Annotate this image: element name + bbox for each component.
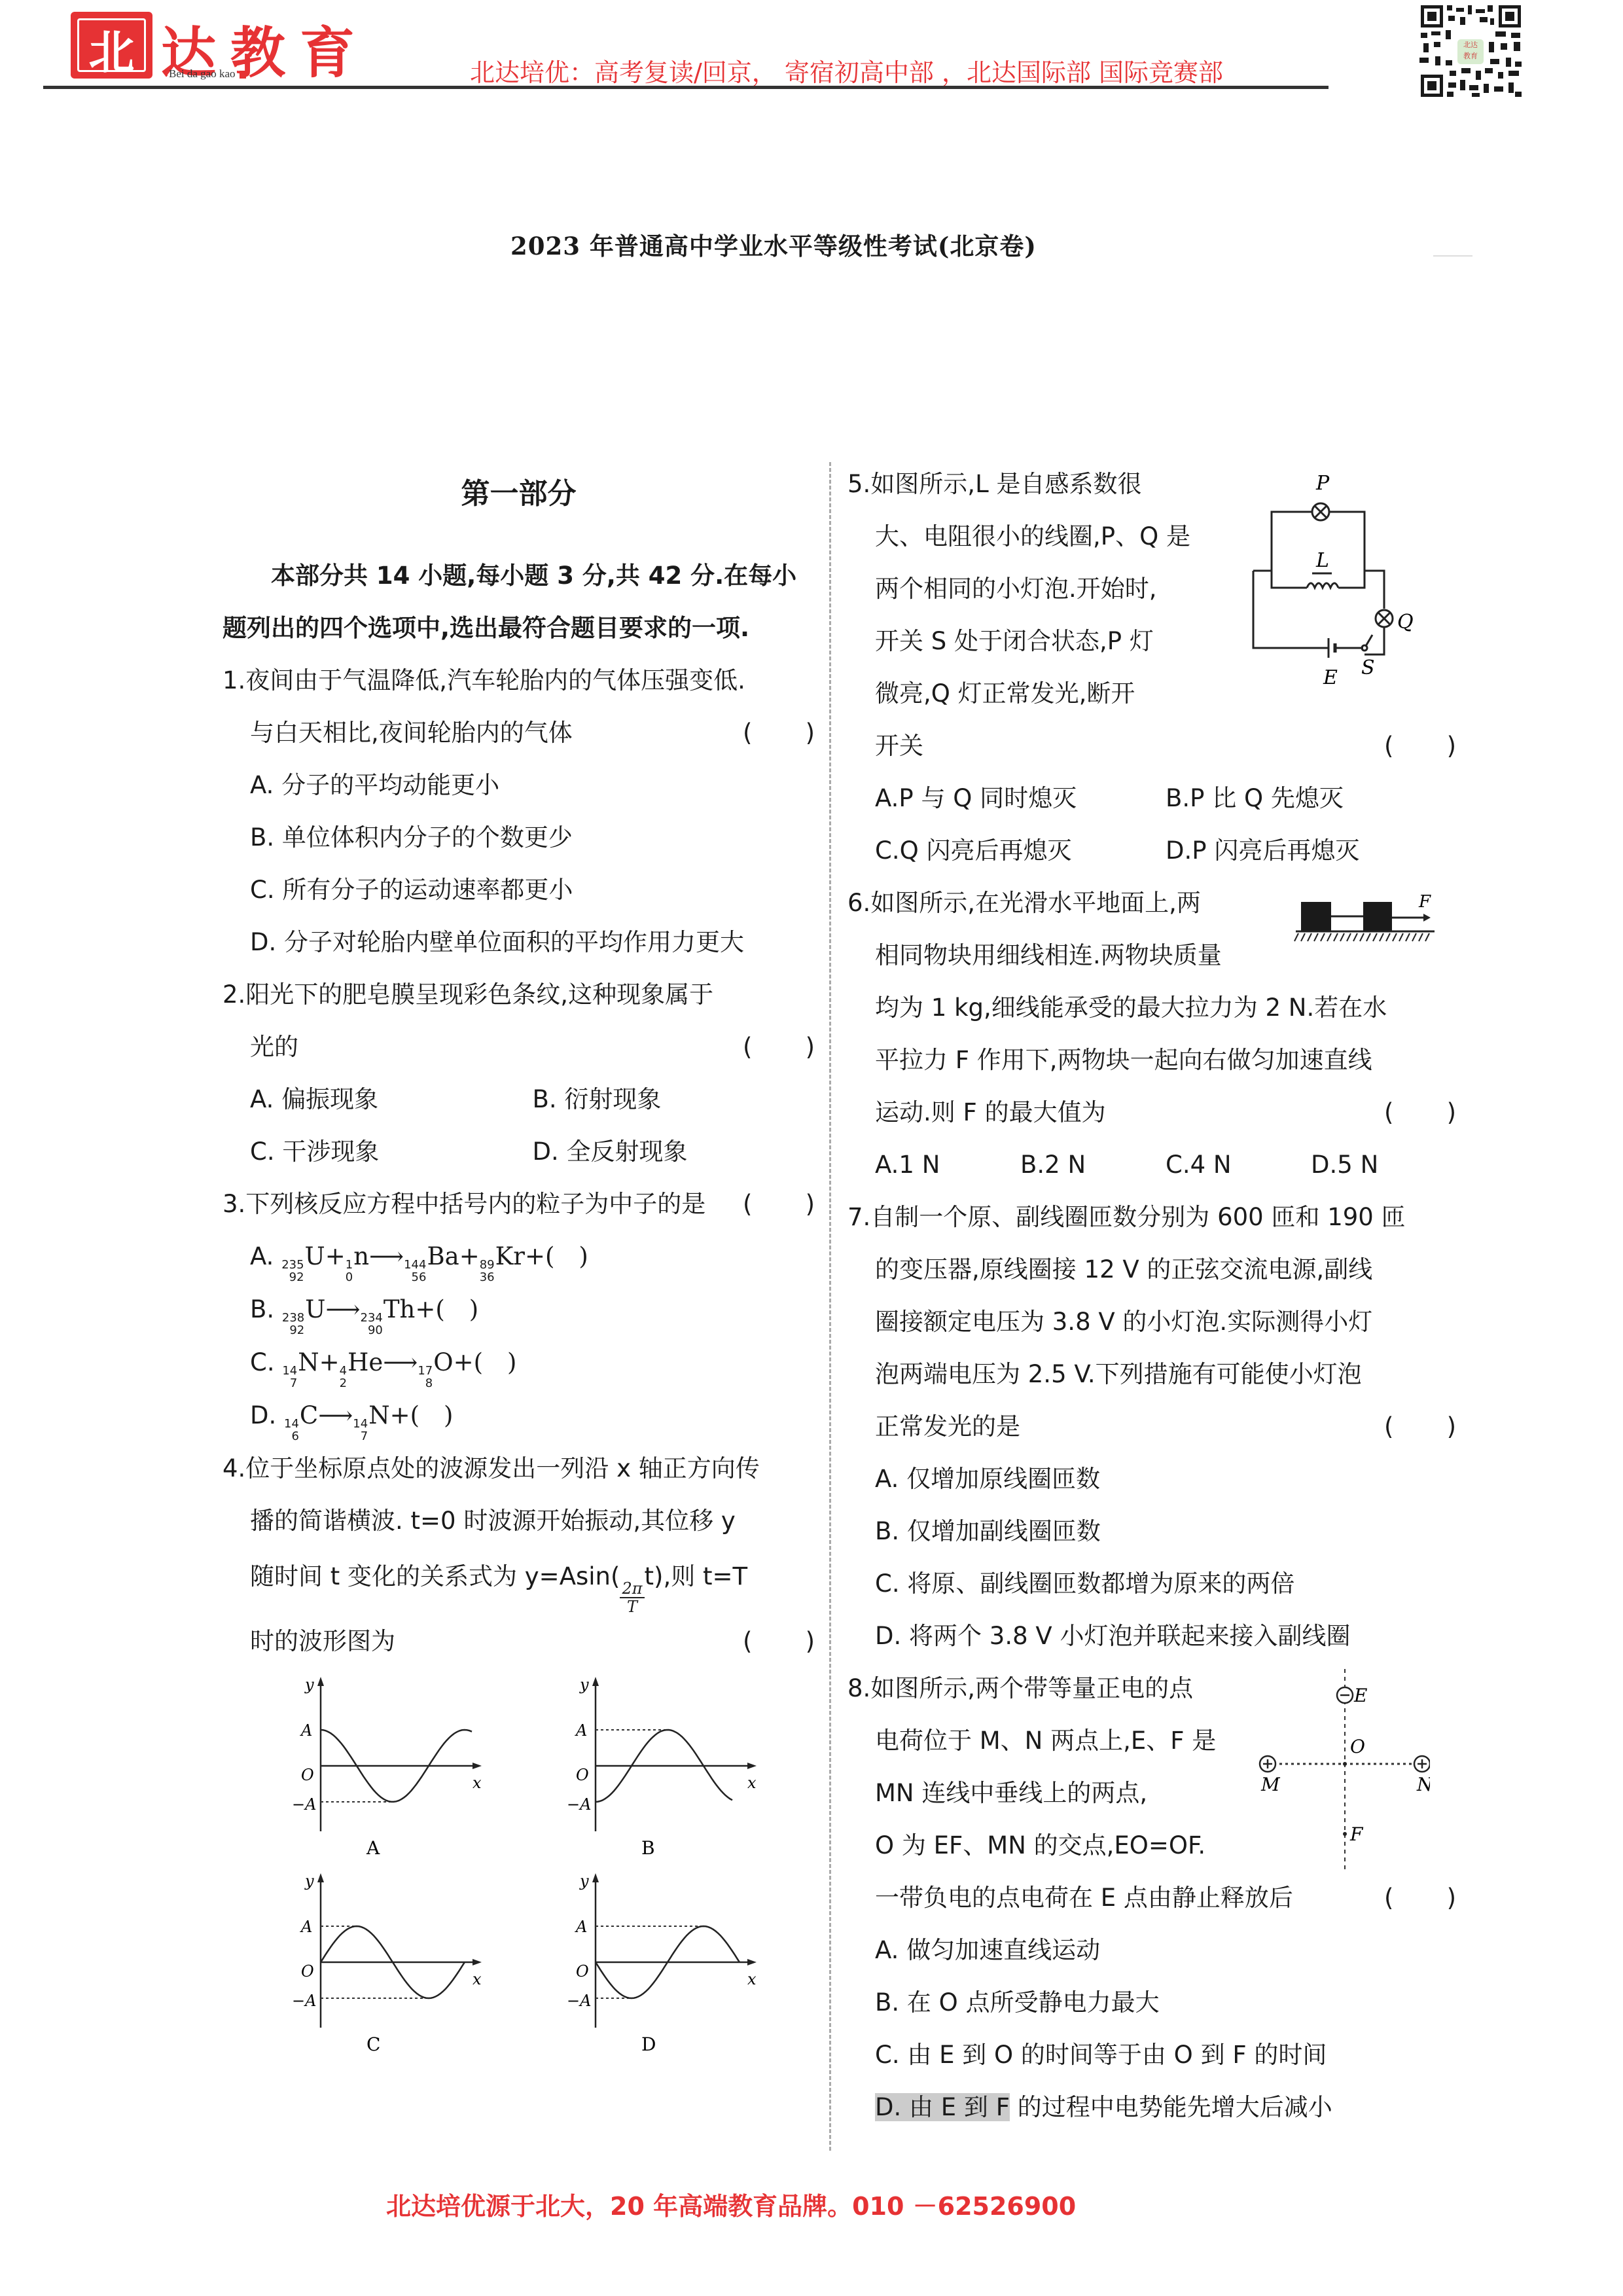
question-stem-line: 圈接额定电压为 3.8 V 的小灯泡.实际测得小灯 <box>847 1296 1456 1348</box>
paren-open: ( <box>743 707 752 759</box>
operator: +( ) <box>390 1401 454 1429</box>
answer-blank[interactable]: () <box>743 1615 815 1668</box>
stem-text: 如图所示,两个带等量正电的点 <box>870 1674 1193 1702</box>
paren-close: ) <box>806 1178 815 1230</box>
option-text: 做匀加速直线运动 <box>906 1936 1100 1964</box>
option-label: D. <box>1166 836 1192 865</box>
svg-text:A: A <box>366 1837 380 1857</box>
option-text: 仅增加原线圈匝数 <box>906 1465 1100 1493</box>
option-text: 干涉现象 <box>282 1138 379 1166</box>
column-divider <box>829 462 831 2151</box>
stem-text: 下列核反应方程中括号内的粒子为中子的是 <box>245 1190 705 1218</box>
svg-text:−A: −A <box>292 1795 316 1814</box>
header-slogan: 北达培优：高考复读/回京， 寄宿初高中部 ，北达国际部 国际竞赛部 <box>470 52 1223 88</box>
stem-text: 相同物块用细线相连.两物块质量 <box>875 941 1222 969</box>
question-stem-line: 2.阳光下的肥皂膜呈现彩色条纹,这种现象属于 <box>223 969 815 1021</box>
svg-text:y: y <box>304 1872 314 1890</box>
logo-subtitle-text: Bei da gao kao <box>169 67 236 80</box>
option-row: A.1 N B.2 N C.4 N D.5 N <box>847 1139 1456 1191</box>
section-intro: 本部分共 14 小题,每小题 3 分,共 42 分.在每小题列出的四个选项中,选… <box>223 550 815 655</box>
stem-text: 如图所示,在光滑水平地面上,两 <box>870 889 1201 917</box>
qr-center-badge: 北达教育 <box>1457 39 1484 64</box>
waveform-graph: y A O −A x C <box>262 1864 484 2054</box>
right-column: 5.如图所示,L 是自感系数很 大、电阻很小的线圈,P、Q 是 两个相同的小灯泡… <box>847 458 1456 2134</box>
svg-text:C: C <box>366 2034 380 2054</box>
fraction-numerator: 2π <box>620 1580 644 1598</box>
option-text: P 比 Q 先熄灭 <box>1190 784 1344 812</box>
label-e: E <box>1323 666 1338 689</box>
option-text: 将两个 3.8 V 小灯泡并联起来接入副线圈 <box>909 1622 1350 1650</box>
option-c[interactable]: C. 所有分子的运动速率都更小 <box>223 864 815 916</box>
option-label: A. <box>875 1465 899 1493</box>
option-label: B. <box>875 1517 899 1545</box>
svg-text:O: O <box>576 1766 589 1784</box>
question-stem-line: 的变压器,原线圈接 12 V 的正弦交流电源,副线 <box>847 1244 1456 1296</box>
stem-text: 运动.则 F 的最大值为 <box>875 1098 1106 1126</box>
svg-text:−A: −A <box>567 1795 591 1814</box>
option-a[interactable]: A. 分子的平均动能更小 <box>223 759 815 812</box>
option-label: B. <box>250 1295 282 1323</box>
waveform-option-a[interactable]: y A O −A x A <box>262 1668 484 1857</box>
qr-code-icon: 北达教育 <box>1417 3 1525 99</box>
option-c[interactable]: C.4 N <box>1166 1139 1311 1191</box>
svg-text:x: x <box>747 1774 757 1792</box>
question-stem-line: 4.位于坐标原点处的波源发出一列沿 x 轴正方向传 <box>223 1443 815 1495</box>
stem-text: 开关 <box>875 732 923 760</box>
option-row: A.P 与 Q 同时熄灭 B.P 比 Q 先熄灭 <box>847 772 1456 825</box>
option-label: A. <box>875 784 899 812</box>
stem-text: 大、电阻很小的线圈,P、Q 是 <box>875 522 1190 550</box>
waveform-graph: y A O −A x B <box>537 1668 759 1857</box>
exam-title: 2023 年普通高中学业水平等级性考试(北京卷) <box>510 226 1037 262</box>
question-3: 3.下列核反应方程中括号内的粒子为中子的是() A. 23592U+10n⟶14… <box>223 1178 815 1443</box>
option-d[interactable]: D. 146C⟶147N+( ) <box>223 1390 815 1443</box>
svg-text:O: O <box>301 1766 314 1784</box>
stem-text: 位于坐标原点处的波源发出一列沿 x 轴正方向传 <box>245 1454 759 1482</box>
option-b[interactable]: B. 在 O 点所受静电力最大 <box>847 1977 1456 2029</box>
footer-slogan: 北达培优源于北大，20 年高端教育品牌。010 －62526900 <box>386 2186 1076 2222</box>
stem-text: 两个相同的小灯泡.开始时, <box>875 575 1157 603</box>
option-label: C. <box>875 836 900 865</box>
nuclide-symbol: He <box>348 1348 383 1376</box>
blocks-diagram: F <box>1289 884 1440 942</box>
answer-blank[interactable]: () <box>743 1178 815 1230</box>
nuclide-symbol: Kr <box>495 1242 525 1270</box>
question-number: 8. <box>847 1674 870 1702</box>
question-number: 7. <box>847 1203 870 1231</box>
question-number: 1. <box>223 666 245 694</box>
stem-text: 光的 <box>250 1033 298 1061</box>
option-c[interactable]: C.Q 闪亮后再熄灭 <box>875 825 1166 877</box>
svg-text:A: A <box>575 1721 587 1740</box>
label-f: F <box>1349 1823 1364 1845</box>
svg-text:y: y <box>304 1676 314 1694</box>
option-d[interactable]: D. 分子对轮胎内壁单位面积的平均作用力更大 <box>223 916 815 969</box>
option-label: B. <box>1020 1151 1044 1179</box>
answer-blank[interactable]: () <box>743 707 815 759</box>
svg-text:−A: −A <box>567 1992 591 2010</box>
question-stem-line: 正常发光的是() <box>847 1401 1456 1453</box>
stem-text: 圈接额定电压为 3.8 V 的小灯泡.实际测得小灯 <box>875 1308 1372 1336</box>
waveform-option-c[interactable]: y A O −A x C <box>262 1864 484 2054</box>
option-label: D. <box>250 928 276 956</box>
option-c[interactable]: C. 干涉现象 <box>250 1126 533 1178</box>
option-label: D. <box>875 1622 901 1650</box>
paren-open: ( <box>743 1021 752 1073</box>
stem-text: 电荷位于 M、N 两点上,E、F 是 <box>875 1727 1216 1755</box>
stem-text: 平拉力 F 作用下,两物块一起向右做匀加速直线 <box>875 1046 1372 1074</box>
option-b[interactable]: B.2 N <box>1020 1139 1166 1191</box>
question-stem-line: 时的波形图为() <box>223 1615 815 1668</box>
stem-text: 微亮,Q 灯正常发光,断开 <box>875 679 1135 708</box>
option-label: D. <box>250 1401 284 1429</box>
stem-text: 如图所示,L 是自感系数很 <box>870 470 1141 498</box>
svg-text:D: D <box>641 2034 656 2054</box>
operator: +( ) <box>525 1242 588 1270</box>
paren-open: ( <box>1384 1872 1393 1924</box>
question-stem-line: 泡两端电压为 2.5 V.下列措施有可能使小灯泡 <box>847 1348 1456 1401</box>
option-text: 全反射现象 <box>567 1138 688 1166</box>
option-a[interactable]: A.P 与 Q 同时熄灭 <box>875 772 1166 825</box>
option-c[interactable]: C. 147N+42He⟶178O+( ) <box>223 1336 815 1390</box>
question-1: 1.夜间由于气温降低,汽车轮胎内的气体压强变低. 与白天相比,夜间轮胎内的气体(… <box>223 655 815 969</box>
nuclide-numbers: 147 <box>282 1365 297 1390</box>
nuclide-numbers: 42 <box>340 1365 347 1390</box>
waveform-option-d[interactable]: y A O −A x D <box>537 1864 759 2054</box>
option-text: 由 E 到 O 的时间等于由 O 到 F 的时间 <box>907 2041 1327 2069</box>
fraction-denominator: T <box>620 1598 644 1615</box>
waveform-graph: y A O −A x A <box>262 1668 484 1857</box>
option-label: D. <box>533 1138 559 1166</box>
option-b[interactable]: B. 单位体积内分子的个数更少 <box>223 812 815 864</box>
operator: +( ) <box>415 1295 478 1323</box>
option-text: 1 N <box>899 1151 940 1179</box>
svg-text:x: x <box>747 1970 757 1988</box>
label-n: N <box>1416 1774 1430 1795</box>
stem-text: 与白天相比,夜间轮胎内的气体 <box>250 719 573 747</box>
operator: + <box>459 1242 480 1270</box>
option-label: B. <box>1166 784 1190 812</box>
option-row: A. 偏振现象 B. 衍射现象 <box>223 1073 815 1126</box>
label-f: F <box>1418 892 1431 912</box>
option-text: 分子对轮胎内壁单位面积的平均作用力更大 <box>284 928 744 956</box>
nuclide-symbol: Th <box>383 1295 416 1323</box>
option-label: C. <box>250 876 275 904</box>
paren-open: ( <box>1384 1401 1393 1453</box>
option-text: P 与 Q 同时熄灭 <box>899 784 1077 812</box>
question-stem-line: 与白天相比,夜间轮胎内的气体() <box>223 707 815 759</box>
nuclide-numbers: 14456 <box>404 1259 426 1283</box>
question-stem-line: 运动.则 F 的最大值为() <box>847 1086 1456 1139</box>
red-square-icon <box>240 71 246 79</box>
question-number: 3. <box>223 1190 245 1218</box>
question-5: 5.如图所示,L 是自感系数很 大、电阻很小的线圈,P、Q 是 两个相同的小灯泡… <box>847 458 1456 877</box>
option-label: A. <box>875 1151 899 1179</box>
option-label: A. <box>875 1936 899 1964</box>
left-column: 第一部分 本部分共 14 小题,每小题 3 分,共 42 分.在每小题列出的四个… <box>223 458 815 2060</box>
svg-text:A: A <box>300 1918 312 1936</box>
svg-text:y: y <box>579 1872 589 1890</box>
paren-close: ) <box>1447 720 1456 772</box>
question-stem-line: 随时间 t 变化的关系式为 y=Asin(2πTt),则 t=T <box>223 1547 815 1615</box>
question-stem-line: 平拉力 F 作用下,两物块一起向右做匀加速直线 <box>847 1034 1456 1086</box>
stem-text: 开关 S 处于闭合状态,P 灯 <box>875 627 1154 655</box>
option-d[interactable]: D.P 闪亮后再熄灭 <box>1166 825 1456 877</box>
nuclide-numbers: 147 <box>353 1418 368 1443</box>
option-a[interactable]: A. 23592U+10n⟶14456Ba+8936Kr+( ) <box>223 1230 815 1283</box>
svg-text:x: x <box>473 1774 482 1792</box>
nuclide-numbers: 146 <box>284 1418 299 1443</box>
svg-text:y: y <box>579 1676 589 1694</box>
option-d[interactable]: D. 将两个 3.8 V 小灯泡并联起来接入副线圈 <box>847 1610 1456 1662</box>
stem-text: 自制一个原、副线圈匝数分别为 600 匝和 190 匝 <box>870 1203 1405 1231</box>
label-l: L <box>1315 549 1329 572</box>
svg-text:A: A <box>300 1721 312 1740</box>
svg-text:x: x <box>473 1970 482 1988</box>
nuclide-numbers: 10 <box>346 1259 353 1283</box>
logo-subtitle: Bei da gao kao <box>169 67 246 81</box>
stem-text: 泡两端电压为 2.5 V.下列措施有可能使小灯泡 <box>875 1360 1362 1388</box>
paren-close: ) <box>806 1615 815 1668</box>
question-8: 8.如图所示,两个带等量正电的点 电荷位于 M、N 两点上,E、F 是 MN 连… <box>847 1662 1456 2134</box>
nuclide-numbers: 23592 <box>281 1259 304 1283</box>
question-number: 2. <box>223 980 245 1009</box>
nuclide-symbol: Ba <box>427 1242 459 1270</box>
answer-blank[interactable]: () <box>743 1021 815 1073</box>
nuclide-numbers: 23892 <box>282 1312 304 1336</box>
label-o: O <box>1350 1736 1365 1757</box>
stem-text: 正常发光的是 <box>875 1412 1020 1441</box>
label-m: M <box>1260 1774 1281 1795</box>
question-number: 4. <box>223 1454 245 1482</box>
question-stem-line: 开关() <box>847 720 1456 772</box>
option-text: Q 闪亮后再熄灭 <box>900 836 1072 865</box>
option-d[interactable]: D. 由 E 到 F 的过程中电势能先增大后减小 <box>847 2081 1456 2134</box>
waveform-graph: y A O −A x D <box>537 1864 759 2054</box>
stem-text: 均为 1 kg,细线能承受的最大拉力为 2 N.若在水 <box>875 994 1387 1022</box>
stem-text: MN 连线中垂线上的两点, <box>875 1779 1147 1807</box>
paren-close: ) <box>1447 1086 1456 1139</box>
waveform-option-b[interactable]: y A O −A x B <box>537 1668 759 1857</box>
paren-open: ( <box>743 1178 752 1230</box>
option-d[interactable]: D.5 N <box>1311 1139 1456 1191</box>
nuclide-symbol: C <box>300 1401 318 1429</box>
stem-text: 播的简谐横波. t=0 时波源开始振动,其位移 y <box>250 1507 736 1535</box>
question-stem-line: 3.下列核反应方程中括号内的粒子为中子的是() <box>223 1178 815 1230</box>
option-b[interactable]: B. 23892U⟶23490Th+( ) <box>223 1283 815 1336</box>
question-stem-line: 1.夜间由于气温降低,汽车轮胎内的气体压强变低. <box>223 655 815 707</box>
question-stem-line: 均为 1 kg,细线能承受的最大拉力为 2 N.若在水 <box>847 982 1456 1034</box>
paren-close: ) <box>1447 1872 1456 1924</box>
nuclide-symbol: U <box>305 1295 325 1323</box>
nuclide-symbol: U <box>305 1242 325 1270</box>
stem-text: 阳光下的肥皂膜呈现彩色条纹,这种现象属于 <box>245 980 713 1009</box>
option-a[interactable]: A.1 N <box>875 1139 1020 1191</box>
highlighted-text: D. 由 E 到 F <box>875 2093 1010 2121</box>
section-heading: 第一部分 <box>223 458 815 550</box>
option-text: 2 N <box>1044 1151 1086 1179</box>
stem-text: 夜间由于气温降低,汽车轮胎内的气体压强变低. <box>245 666 745 694</box>
stem-text: O 为 EF、MN 的交点,EO=OF. <box>875 1831 1205 1859</box>
option-label: B. <box>875 1988 899 2017</box>
option-a[interactable]: A. 仅增加原线圈匝数 <box>847 1453 1456 1505</box>
option-c[interactable]: C. 将原、副线圈匝数都增为原来的两倍 <box>847 1558 1456 1610</box>
question-stem-line: 7.自制一个原、副线圈匝数分别为 600 匝和 190 匝 <box>847 1191 1456 1244</box>
header-divider <box>43 86 1329 89</box>
option-label: C. <box>250 1348 282 1376</box>
answer-blank[interactable]: () <box>1384 1872 1456 1924</box>
option-b[interactable]: B.P 比 Q 先熄灭 <box>1166 772 1456 825</box>
option-label: B. <box>250 823 274 852</box>
question-stem-line: 播的简谐横波. t=0 时波源开始振动,其位移 y <box>223 1495 815 1547</box>
option-c[interactable]: C. 由 E 到 O 的时间等于由 O 到 F 的时间 <box>847 2029 1456 2081</box>
option-text: 将原、副线圈匝数都增为原来的两倍 <box>907 1570 1294 1598</box>
question-number: 6. <box>847 889 870 917</box>
svg-text:O: O <box>301 1962 314 1981</box>
operator: ⟶ <box>325 1295 360 1323</box>
option-text: 衍射现象 <box>564 1085 661 1113</box>
qr-center-text-1: 北达 <box>1457 39 1484 50</box>
option-text: P 闪亮后再熄灭 <box>1192 836 1359 865</box>
question-6: 6.如图所示,在光滑水平地面上,两 相同物块用细线相连.两物块质量 均为 1 k… <box>847 877 1456 1191</box>
option-label: A. <box>250 771 274 799</box>
stem-text: t),则 t=T <box>645 1562 748 1590</box>
answer-blank[interactable]: () <box>1384 1086 1456 1139</box>
option-row: C.Q 闪亮后再熄灭 D.P 闪亮后再熄灭 <box>847 825 1456 877</box>
svg-text:−A: −A <box>292 1992 316 2010</box>
paren-close: ) <box>1447 1401 1456 1453</box>
operator: + <box>319 1348 340 1376</box>
block-1 <box>1301 902 1331 931</box>
question-number: 5. <box>847 470 870 498</box>
option-label: C. <box>875 1570 900 1598</box>
fraction: 2πT <box>620 1580 644 1615</box>
decorative-line <box>1433 255 1472 257</box>
stem-text: 一带负电的点电荷在 E 点由静止释放后 <box>875 1884 1293 1912</box>
stem-text: 随时间 t 变化的关系式为 y=Asin( <box>250 1562 620 1590</box>
circuit-diagram: P L Q E S <box>1234 458 1443 707</box>
option-text: 所有分子的运动速率都更小 <box>282 876 573 904</box>
label-q: Q <box>1397 611 1414 634</box>
option-label: C. <box>1166 1151 1190 1179</box>
stem-text: 时的波形图为 <box>250 1627 395 1655</box>
option-label: B. <box>533 1085 557 1113</box>
paren-close: ) <box>806 707 815 759</box>
label-e: E <box>1353 1685 1367 1706</box>
nuclide-symbol: N <box>368 1401 389 1429</box>
svg-text:A: A <box>575 1918 587 1936</box>
waveform-options: y A O −A x A y A O −A x B y <box>223 1668 815 2060</box>
option-text: 在 O 点所受静电力最大 <box>907 1988 1160 2017</box>
label-p: P <box>1315 472 1330 495</box>
option-a[interactable]: A. 偏振现象 <box>250 1073 533 1126</box>
option-text: 仅增加副线圈匝数 <box>907 1517 1101 1545</box>
question-2: 2.阳光下的肥皂膜呈现彩色条纹,这种现象属于 光的() A. 偏振现象 B. 衍… <box>223 969 815 1178</box>
option-text: 偏振现象 <box>281 1085 378 1113</box>
option-a[interactable]: A. 做匀加速直线运动 <box>847 1924 1456 1977</box>
option-b[interactable]: B. 仅增加副线圈匝数 <box>847 1505 1456 1558</box>
stem-text: 的变压器,原线圈接 12 V 的正弦交流电源,副线 <box>875 1255 1372 1283</box>
question-stem-line: 光的() <box>223 1021 815 1073</box>
option-label: C. <box>875 2041 900 2069</box>
operator: +( ) <box>454 1348 517 1376</box>
nuclide-numbers: 23490 <box>361 1312 383 1336</box>
label-s: S <box>1361 656 1375 679</box>
nuclide-numbers: 178 <box>418 1365 433 1390</box>
qr-center-text-2: 教育 <box>1457 50 1484 62</box>
nuclide-symbol: O <box>433 1348 453 1376</box>
option-text: 分子的平均动能更小 <box>281 771 499 799</box>
option-text: 4 N <box>1190 1151 1232 1179</box>
option-label: D. <box>875 2093 901 2121</box>
nuclide-numbers: 8936 <box>480 1259 495 1283</box>
answer-blank[interactable]: () <box>1384 720 1456 772</box>
option-label: D. <box>1311 1151 1337 1179</box>
question-stem-line: 一带负电的点电荷在 E 点由静止释放后() <box>847 1872 1456 1924</box>
option-row: C. 干涉现象 D. 全反射现象 <box>223 1126 815 1178</box>
option-label: A. <box>250 1242 281 1270</box>
option-label: C. <box>250 1138 275 1166</box>
paren-open: ( <box>743 1615 752 1668</box>
operator: ⟶ <box>318 1401 353 1429</box>
svg-text:O: O <box>576 1962 589 1981</box>
option-text: 单位体积内分子的个数更少 <box>282 823 573 852</box>
svg-text:B: B <box>641 1837 655 1857</box>
option-d[interactable]: D. 全反射现象 <box>533 1126 815 1178</box>
paren-close: ) <box>806 1021 815 1073</box>
logo-seal: 北 <box>71 12 152 79</box>
option-text: 由 E 到 F <box>909 2093 1010 2121</box>
nuclide-symbol: N <box>298 1348 319 1376</box>
operator: + <box>325 1242 346 1270</box>
question-7: 7.自制一个原、副线圈匝数分别为 600 匝和 190 匝 的变压器,原线圈接 … <box>847 1191 1456 1662</box>
paren-open: ( <box>1384 720 1393 772</box>
option-b[interactable]: B. 衍射现象 <box>533 1073 815 1126</box>
nuclide-symbol: n <box>353 1242 369 1270</box>
option-label: A. <box>250 1085 274 1113</box>
logo-seal-glyph: 北 <box>71 16 152 82</box>
question-4: 4.位于坐标原点处的波源发出一列沿 x 轴正方向传 播的简谐横波. t=0 时波… <box>223 1443 815 2060</box>
option-text: 的过程中电势能先增大后减小 <box>1018 2093 1332 2121</box>
operator: ⟶ <box>383 1348 418 1376</box>
block-2 <box>1363 902 1392 931</box>
operator: ⟶ <box>369 1242 404 1270</box>
option-text: 5 N <box>1337 1151 1378 1179</box>
answer-blank[interactable]: () <box>1384 1401 1456 1453</box>
charges-diagram: E O M N F <box>1253 1662 1430 1878</box>
paren-open: ( <box>1384 1086 1393 1139</box>
